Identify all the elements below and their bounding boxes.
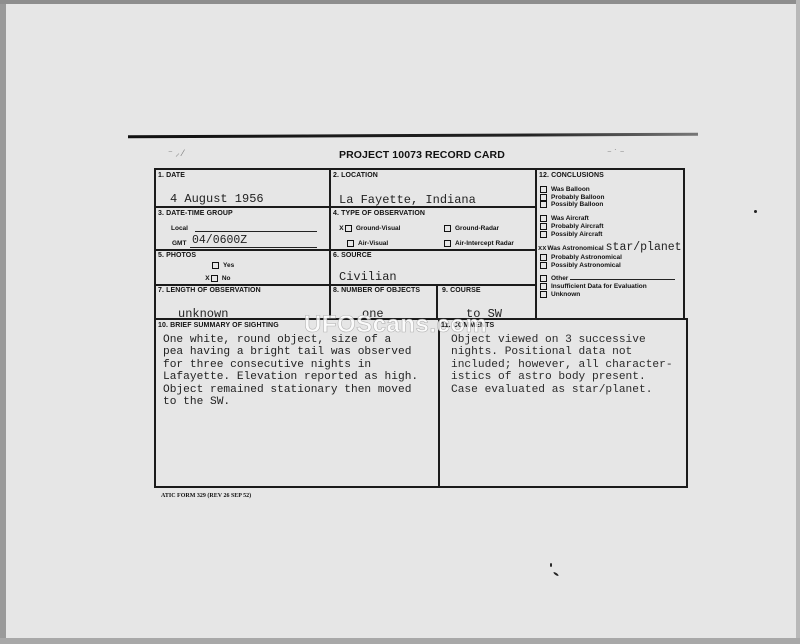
length-of-observation-label: 7. LENGTH OF OBSERVATION [158,287,261,294]
scan-edge-right [796,0,800,644]
gmt-label: GMT [172,240,186,247]
conclusions-label: 12. CONCLUSIONS [539,172,604,179]
checkbox-icon [212,262,219,269]
other-underline [570,279,675,280]
local-label: Local [171,225,188,232]
conclusion-possibly-aircraft[interactable]: Possibly Aircraft [540,231,682,239]
conclusion-probably-balloon[interactable]: Probably Balloon [540,194,682,202]
option-photos-yes[interactable]: Yes [212,262,234,269]
course-label: 9. COURSE [442,287,481,294]
option-air-visual[interactable]: Air-Visual [347,240,388,247]
checkbox-icon [540,194,547,201]
card-title: PROJECT 10073 RECORD CARD [339,149,505,161]
x-mark-icon: x [205,274,210,283]
date-label: 1. DATE [158,172,185,179]
column-divider [329,168,331,320]
conclusion-was-astronomical[interactable]: xxWas Astronomicalstar/planet [538,244,682,254]
type-of-observation-label: 4. TYPE OF OBSERVATION [333,210,425,217]
checkbox-icon [444,225,451,232]
conclusion-probably-astronomical[interactable]: Probably Astronomical [540,254,682,262]
brief-summary-label: 10. BRIEF SUMMARY OF SIGHTING [158,322,279,329]
conclusions-list: Was Balloon Probably Balloon Possibly Ba… [540,186,682,298]
conclusion-possibly-balloon[interactable]: Possibly Balloon [540,201,682,209]
source-label: 6. SOURCE [333,252,372,259]
option-ground-visual[interactable]: xGround-Visual [339,224,400,233]
x-mark-icon: xx [538,245,546,253]
photos-label: 5. PHOTOS [158,252,196,259]
conclusion-unknown[interactable]: Unknown [540,291,682,299]
checkbox-icon [345,225,352,232]
option-ground-radar[interactable]: Ground-Radar [444,225,499,232]
location-value: La Fayette, Indiana [339,193,476,207]
number-of-objects-label: 8. NUMBER OF OBJECTS [333,287,420,294]
speck [550,563,552,567]
column-divider [438,318,440,488]
comments-text: Object viewed on 3 successivenights. Pos… [451,334,673,396]
smudge-mark: ⁻ ⸝ ⁄ [168,146,184,159]
row-divider [154,249,537,251]
checkbox-icon [540,291,547,298]
checkbox-icon [540,223,547,230]
checkbox-icon [211,275,218,282]
checkbox-icon [540,231,547,238]
checkbox-icon [540,262,547,269]
checkbox-icon [540,275,547,282]
gmt-underline [190,247,317,248]
conclusion-was-aircraft[interactable]: Was Aircraft [540,215,682,223]
option-photos-no[interactable]: xNo [205,274,230,283]
watermark: UFOScans.com [304,311,487,339]
astronomical-annotation: star/planet [606,241,682,254]
length-of-observation-value: unknown [178,307,228,321]
checkbox-icon [540,283,547,290]
checkbox-icon [540,201,547,208]
local-underline [195,231,317,232]
checkbox-icon [540,186,547,193]
source-value: Civilian [339,270,397,284]
checkbox-icon [540,215,547,222]
smudge-mark: ⁻ ˙ ⁻ [607,148,625,159]
conclusion-insufficient-data[interactable]: Insufficient Data for Evaluation [540,283,682,291]
option-air-intercept-radar[interactable]: Air-Intercept Radar [444,240,514,247]
scan-edge-bottom [0,638,800,644]
conclusion-was-balloon[interactable]: Was Balloon [540,186,682,194]
conclusion-probably-aircraft[interactable]: Probably Aircraft [540,223,682,231]
row-divider [154,284,537,286]
date-value: 4 August 1956 [170,192,264,206]
checkbox-icon [347,240,354,247]
speck [754,210,757,213]
conclusion-other[interactable]: Other [540,275,682,283]
x-mark-icon: x [339,224,344,233]
conclusion-possibly-astronomical[interactable]: Possibly Astronomical [540,262,682,270]
checkbox-icon [540,254,547,261]
gmt-value: 04/0600Z [192,234,247,247]
checkbox-icon [444,240,451,247]
location-label: 2. LOCATION [333,172,378,179]
brief-summary-text: One white, round object, size of apea ha… [163,334,418,408]
date-time-group-label: 3. DATE-TIME GROUP [158,210,233,217]
form-number: ATIC FORM 329 (REV 26 SEP 52) [161,493,251,499]
